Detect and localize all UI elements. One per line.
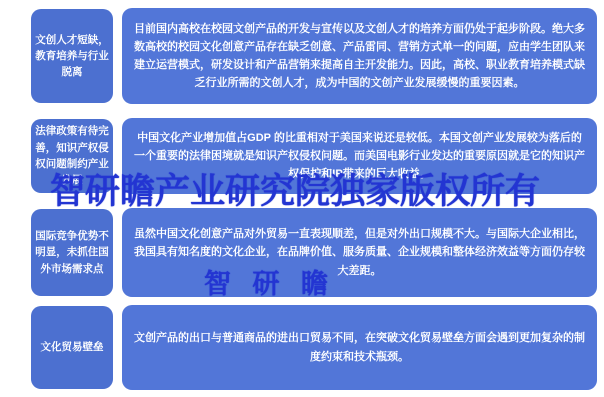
issue-row: 文化贸易壁垒 文创产品的出口与普通商品的进出口贸易不同，在突破文化贸易壁垒方面会… bbox=[0, 305, 604, 390]
row-label: 国际竞争优势不明显，未抓住国外市场需求点 bbox=[31, 209, 113, 296]
row-content: 中国文化产业增加值占GDP 的比重相对于美国来说还是较低。本国文创产业发展较为落… bbox=[122, 118, 597, 194]
row-label: 文创人才短缺，教育培养与行业脱离 bbox=[31, 9, 113, 103]
row-content: 文创产品的出口与普通商品的进出口贸易不同，在突破文化贸易壁垒方面会遇到更加复杂的… bbox=[122, 305, 597, 390]
row-label: 法律政策有待完善，知识产权侵权问题制约产业发展 bbox=[31, 119, 113, 193]
infographic-canvas: 文创人才短缺，教育培养与行业脱离 目前国内高校在校园文创产品的开发与宣传以及文创… bbox=[0, 0, 604, 397]
issue-row: 法律政策有待完善，知识产权侵权问题制约产业发展 中国文化产业增加值占GDP 的比… bbox=[0, 118, 604, 194]
row-content: 目前国内高校在校园文创产品的开发与宣传以及文创人才的培养方面仍处于起步阶段。绝大… bbox=[122, 8, 597, 104]
row-content: 虽然中国文化创意产品对外贸易一直表现顺差，但是对外出口规模不大。与国际大企业相比… bbox=[122, 208, 597, 297]
issue-row: 文创人才短缺，教育培养与行业脱离 目前国内高校在校园文创产品的开发与宣传以及文创… bbox=[0, 8, 604, 104]
issue-row: 国际竞争优势不明显，未抓住国外市场需求点 虽然中国文化创意产品对外贸易一直表现顺… bbox=[0, 208, 604, 297]
row-label: 文化贸易壁垒 bbox=[31, 306, 113, 389]
